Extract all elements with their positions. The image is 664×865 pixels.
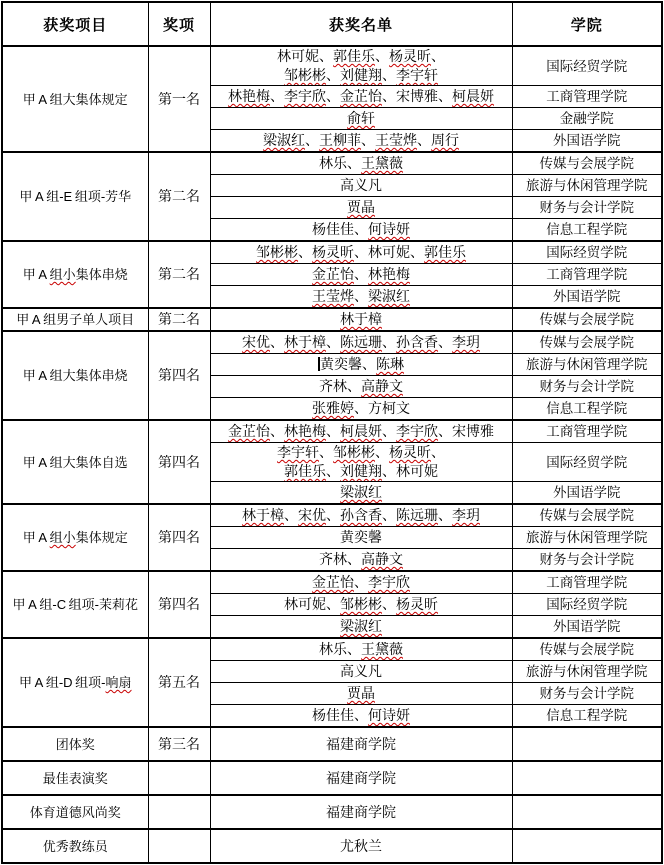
names-cell[interactable]: 林可妮、郭佳乐、杨灵昕、邹彬彬、刘健翔、李宇轩 xyxy=(210,46,512,86)
text-segment: 福建商学院 xyxy=(326,804,396,820)
text-segment: 甲 A 组-E 组项-芳华 xyxy=(19,189,131,204)
misspelled-text: 何诗妍 xyxy=(368,221,410,237)
names-cell[interactable]: 高义凡 xyxy=(210,661,512,683)
names-cell[interactable]: 林乐、王黛薇 xyxy=(210,638,512,661)
text-segment: 、 xyxy=(326,334,340,350)
misspelled-text: 刘健翔 xyxy=(340,67,382,83)
award-cell[interactable]: 第二名 xyxy=(148,308,210,331)
text-segment: 、 xyxy=(270,88,284,104)
misspelled-text: 何诗妍 xyxy=(368,707,410,723)
names-cell[interactable]: 林艳梅、李宇欣、金芷怡、宋博雅、柯晨妍 xyxy=(210,86,512,108)
text-segment: 、 xyxy=(326,88,340,104)
college-cell[interactable]: 传媒与会展学院 xyxy=(512,504,662,527)
awards-table-body: 甲 A 组大集体规定第一名林可妮、郭佳乐、杨灵昕、邹彬彬、刘健翔、李宇轩国际经贸… xyxy=(2,46,662,863)
college-cell[interactable] xyxy=(512,727,662,761)
text-segment: 、 xyxy=(438,507,452,523)
text-segment: 、 xyxy=(382,463,396,479)
text-segment: 黄奕馨 xyxy=(320,356,362,372)
misspelled-text: 林于樟 xyxy=(284,334,326,350)
names-cell[interactable]: 尤秋兰 xyxy=(210,829,512,863)
project-cell[interactable]: 甲 A 组-E 组项-芳华 xyxy=(2,152,148,241)
college-cell[interactable]: 外国语学院 xyxy=(512,616,662,639)
names-cell[interactable]: 李宇轩、邹彬彬、杨灵昕、郭佳乐、刘健翔、林可妮 xyxy=(210,443,512,482)
header-award: 奖项 xyxy=(148,2,210,46)
misspelled-text: 李宇欣 xyxy=(368,574,410,590)
misspelled-text: 孙含香 xyxy=(340,507,382,523)
names-cell[interactable]: 梁淑红、王柳菲、王莹烨、周行 xyxy=(210,130,512,153)
misspelled-text: 邹彬彬 xyxy=(284,67,326,83)
text-segment: 、 xyxy=(284,507,298,523)
text-segment: 、 xyxy=(326,507,340,523)
misspelled-text: 林于樟 xyxy=(340,311,382,327)
college-cell[interactable]: 财务与会计学院 xyxy=(512,683,662,705)
names-cell[interactable]: 林乐、王黛薇 xyxy=(210,152,512,175)
misspelled-text: 周行 xyxy=(431,132,459,148)
college-cell[interactable]: 国际经贸学院 xyxy=(512,46,662,86)
misspelled-text: 邹彬彬 xyxy=(256,244,298,260)
project-cell[interactable]: 甲 A 组大集体规定 xyxy=(2,46,148,152)
text-segment: 、 xyxy=(431,48,445,64)
text-segment: 、 xyxy=(382,596,396,612)
misspelled-text: 李玥 xyxy=(452,334,480,350)
project-cell[interactable]: 甲 A 组-D 组项-响扇 xyxy=(2,638,148,727)
text-segment: 、 xyxy=(347,641,361,657)
misspelled-text: 林艳梅 xyxy=(368,266,410,282)
names-cell[interactable]: 福建商学院 xyxy=(210,795,512,829)
text-segment: 高义凡 xyxy=(340,177,382,193)
header-row: 获奖项目 奖项 获奖名单 学院 xyxy=(2,2,662,46)
project-cell[interactable]: 优秀教练员 xyxy=(2,829,148,863)
names-cell[interactable]: 贾晶 xyxy=(210,197,512,219)
text-segment: 甲 A 组-D 组项- xyxy=(19,675,106,690)
text-segment: 、 xyxy=(382,334,396,350)
text-segment: 集体串烧 xyxy=(76,267,128,282)
text-segment: 、 xyxy=(354,707,368,723)
text-segment: 、 xyxy=(270,334,284,350)
misspelled-text: 林艳梅 xyxy=(284,423,326,439)
college-cell[interactable]: 国际经贸学院 xyxy=(512,443,662,482)
project-cell[interactable]: 体育道德风尚奖 xyxy=(2,795,148,829)
misspelled-text: 金芷怡 xyxy=(340,88,382,104)
text-segment: 体育道德风尚奖 xyxy=(30,805,121,820)
text-segment: 、 xyxy=(354,244,368,260)
names-cell[interactable]: 张雅婷、方柯文 xyxy=(210,398,512,421)
misspelled-text: 高静文 xyxy=(361,378,403,394)
misspelled-text: 金芷怡 xyxy=(312,266,354,282)
award-cell[interactable]: 第四名 xyxy=(148,420,210,504)
names-cell[interactable]: 福建商学院 xyxy=(210,727,512,761)
table-row: 甲 A 组小集体规定第四名林于樟、宋优、孙含香、陈远珊、李玥传媒与会展学院 xyxy=(2,504,662,527)
text-segment: 方柯文 xyxy=(368,400,410,416)
college-cell[interactable]: 传媒与会展学院 xyxy=(512,638,662,661)
text-segment: 、 xyxy=(347,551,361,567)
names-cell[interactable]: 黄奕馨、陈琳 xyxy=(210,354,512,376)
misspelled-text: 郭佳乐 xyxy=(333,48,375,64)
text-segment: 、 xyxy=(326,423,340,439)
misspelled-text: 梁淑红 xyxy=(368,288,410,304)
college-cell[interactable]: 工商管理学院 xyxy=(512,264,662,286)
text-segment: 、 xyxy=(382,423,396,439)
table-row: 甲 A 组大集体规定第一名林可妮、郭佳乐、杨灵昕、邹彬彬、刘健翔、李宇轩国际经贸… xyxy=(2,46,662,86)
names-cell[interactable]: 林可妮、邹彬彬、杨灵昕 xyxy=(210,594,512,616)
college-cell[interactable]: 旅游与休闲管理学院 xyxy=(512,354,662,376)
text-segment: 宋博雅 xyxy=(396,88,438,104)
table-row: 甲 A 组大集体串烧第四名宋优、林于樟、陈远珊、孙含香、李玥传媒与会展学院 xyxy=(2,331,662,354)
table-row: 最佳表演奖福建商学院 xyxy=(2,761,662,795)
names-cell[interactable]: 齐林、高静文 xyxy=(210,549,512,572)
text-segment: 、 xyxy=(382,507,396,523)
project-cell[interactable]: 甲 A 组大集体自选 xyxy=(2,420,148,504)
names-cell[interactable]: 俞轩 xyxy=(210,108,512,130)
text-segment: 、 xyxy=(326,596,340,612)
misspelled-text: 王黛薇 xyxy=(361,155,403,171)
text-segment: 、 xyxy=(319,48,333,64)
misspelled-text: 陈远珊 xyxy=(396,507,438,523)
text-segment: 、 xyxy=(410,244,424,260)
text-segment: 、 xyxy=(354,288,368,304)
misspelled-text: 王莹烨 xyxy=(375,132,417,148)
college-cell[interactable] xyxy=(512,795,662,829)
names-cell[interactable]: 林于樟、宋优、孙含香、陈远珊、李玥 xyxy=(210,504,512,527)
header-college: 学院 xyxy=(512,2,662,46)
award-cell[interactable]: 第二名 xyxy=(148,241,210,308)
table-row: 甲 A 组小集体串烧第二名邹彬彬、杨灵昕、林可妮、郭佳乐国际经贸学院 xyxy=(2,241,662,264)
text-segment: 甲 A 组-C 组项-茉莉花 xyxy=(12,597,138,612)
college-cell[interactable] xyxy=(512,761,662,795)
names-cell[interactable]: 梁淑红 xyxy=(210,616,512,639)
project-cell[interactable]: 甲 A 组小集体串烧 xyxy=(2,241,148,308)
college-cell[interactable]: 财务与会计学院 xyxy=(512,549,662,572)
misspelled-text: 郭佳乐 xyxy=(284,463,326,479)
names-cell[interactable]: 杨佳佳、何诗妍 xyxy=(210,219,512,242)
text-segment: 甲 A 组大集体串烧 xyxy=(23,368,128,383)
table-row: 甲 A 组-E 组项-芳华第二名林乐、王黛薇传媒与会展学院 xyxy=(2,152,662,175)
text-segment: 、 xyxy=(438,88,452,104)
misspelled-text: 王莹烨 xyxy=(312,288,354,304)
college-cell[interactable]: 旅游与休闲管理学院 xyxy=(512,661,662,683)
misspelled-text: 组小 xyxy=(50,530,76,545)
project-cell[interactable]: 甲 A 组-C 组项-茉莉花 xyxy=(2,571,148,638)
misspelled-text: 贾晶 xyxy=(347,199,375,215)
text-segment: 、 xyxy=(431,444,445,460)
text-segment: 、 xyxy=(438,423,452,439)
text-segment: 林乐 xyxy=(319,155,347,171)
table-row: 优秀教练员尤秋兰 xyxy=(2,829,662,863)
table-row: 体育道德风尚奖福建商学院 xyxy=(2,795,662,829)
text-segment: 林可妮 xyxy=(284,596,326,612)
text-segment: 福建商学院 xyxy=(326,770,396,786)
college-cell[interactable]: 传媒与会展学院 xyxy=(512,331,662,354)
project-cell[interactable]: 最佳表演奖 xyxy=(2,761,148,795)
text-segment: 、 xyxy=(347,378,361,394)
text-segment: 、 xyxy=(270,423,284,439)
text-segment: 、 xyxy=(347,155,361,171)
text-segment: 集体规定 xyxy=(76,530,128,545)
text-segment: 、 xyxy=(326,67,340,83)
text-segment: 最佳表演奖 xyxy=(43,771,108,786)
text-segment: 林可妮 xyxy=(368,244,410,260)
college-cell[interactable]: 财务与会计学院 xyxy=(512,197,662,219)
text-segment: 尤秋兰 xyxy=(340,838,382,854)
text-segment: 、 xyxy=(438,334,452,350)
text-segment: 甲 A 组大集体自选 xyxy=(23,455,128,470)
misspelled-text: 李宇轩 xyxy=(277,444,319,460)
misspelled-text: 高静文 xyxy=(361,551,403,567)
misspelled-text: 郭佳乐 xyxy=(424,244,466,260)
text-segment: 林乐 xyxy=(319,641,347,657)
text-segment: 黄奕馨 xyxy=(340,529,382,545)
award-cell[interactable] xyxy=(148,829,210,863)
misspelled-text: 柯晨妍 xyxy=(452,88,494,104)
misspelled-text: 张雅婷 xyxy=(312,400,354,416)
misspelled-text: 杨灵昕 xyxy=(389,48,431,64)
text-segment: 高义凡 xyxy=(340,663,382,679)
misspelled-text: 杨灵昕 xyxy=(396,596,438,612)
text-segment: 甲 A 组大集体规定 xyxy=(23,92,128,107)
college-cell[interactable]: 金融学院 xyxy=(512,108,662,130)
award-cell[interactable] xyxy=(148,761,210,795)
text-segment: 、 xyxy=(375,48,389,64)
awards-table: 获奖项目 奖项 获奖名单 学院 甲 A 组大集体规定第一名林可妮、郭佳乐、杨灵昕… xyxy=(1,1,663,864)
college-cell[interactable]: 旅游与休闲管理学院 xyxy=(512,527,662,549)
names-cell[interactable]: 齐林、高静文 xyxy=(210,376,512,398)
misspelled-text: 孙含香 xyxy=(396,334,438,350)
college-cell[interactable] xyxy=(512,829,662,863)
text-segment: 、 xyxy=(382,67,396,83)
text-segment: 甲 A xyxy=(23,267,50,282)
header-project: 获奖项目 xyxy=(2,2,148,46)
college-cell[interactable]: 旅游与休闲管理学院 xyxy=(512,175,662,197)
misspelled-text: 金芷怡 xyxy=(312,574,354,590)
names-cell[interactable]: 王莹烨、梁淑红 xyxy=(210,286,512,309)
names-cell[interactable]: 杨佳佳、何诗妍 xyxy=(210,705,512,728)
misspelled-text: 俞轩 xyxy=(347,110,375,126)
text-segment: 福建商学院 xyxy=(326,736,396,752)
misspelled-text: 杨灵昕 xyxy=(312,244,354,260)
text-segment: 、 xyxy=(354,266,368,282)
text-segment: 宋博雅 xyxy=(452,423,494,439)
names-cell[interactable]: 高义凡 xyxy=(210,175,512,197)
misspelled-text: 宋优 xyxy=(298,507,326,523)
text-segment: 、 xyxy=(319,444,333,460)
misspelled-text: 梁淑红 xyxy=(263,132,305,148)
project-cell[interactable]: 甲 A 组男子单人项目 xyxy=(2,308,148,331)
college-cell[interactable]: 财务与会计学院 xyxy=(512,376,662,398)
misspelled-text: 林艳梅 xyxy=(228,88,270,104)
misspelled-text: 邹彬彬 xyxy=(340,596,382,612)
names-cell[interactable]: 梁淑红 xyxy=(210,482,512,505)
misspelled-text: 柯晨妍 xyxy=(340,423,382,439)
names-cell[interactable]: 贾晶 xyxy=(210,683,512,705)
names-cell[interactable]: 金芷怡、林艳梅 xyxy=(210,264,512,286)
misspelled-text: 金芷怡 xyxy=(228,423,270,439)
misspelled-text: 林于樟 xyxy=(242,507,284,523)
award-cell[interactable]: 第三名 xyxy=(148,727,210,761)
names-cell[interactable]: 金芷怡、林艳梅、柯晨妍、李宇欣、宋博雅 xyxy=(210,420,512,443)
text-segment: 、 xyxy=(298,244,312,260)
misspelled-text: 宋优 xyxy=(242,334,270,350)
misspelled-text: 王黛薇 xyxy=(361,641,403,657)
misspelled-text: 刘健翔 xyxy=(340,463,382,479)
text-segment: 林可妮 xyxy=(277,48,319,64)
text-segment: 、 xyxy=(354,221,368,237)
award-cell[interactable]: 第四名 xyxy=(148,504,210,571)
text-segment: 甲 A xyxy=(23,530,50,545)
college-cell[interactable]: 工商管理学院 xyxy=(512,86,662,108)
college-cell[interactable]: 外国语学院 xyxy=(512,130,662,153)
names-cell[interactable]: 福建商学院 xyxy=(210,761,512,795)
project-cell[interactable]: 甲 A 组大集体串烧 xyxy=(2,331,148,420)
award-cell[interactable] xyxy=(148,795,210,829)
text-segment: 齐林 xyxy=(319,378,347,394)
text-segment: 甲 A 组男子单人项目 xyxy=(16,312,134,327)
college-cell[interactable]: 国际经贸学院 xyxy=(512,594,662,616)
text-segment: 、 xyxy=(326,463,340,479)
college-cell[interactable]: 国际经贸学院 xyxy=(512,241,662,264)
text-segment: 林可妮 xyxy=(396,463,438,479)
award-cell[interactable]: 第五名 xyxy=(148,638,210,727)
misspelled-text: 陈远珊 xyxy=(340,334,382,350)
names-cell[interactable]: 林于樟 xyxy=(210,308,512,331)
project-cell[interactable]: 团体奖 xyxy=(2,727,148,761)
text-segment: 、 xyxy=(382,88,396,104)
text-segment: 、 xyxy=(354,400,368,416)
award-cell[interactable]: 第二名 xyxy=(148,152,210,241)
text-segment: 、 xyxy=(361,132,375,148)
text-segment: 团体奖 xyxy=(56,737,95,752)
project-cell[interactable]: 甲 A 组小集体规定 xyxy=(2,504,148,571)
misspelled-text: 组小 xyxy=(50,267,76,282)
table-row: 团体奖第三名福建商学院 xyxy=(2,727,662,761)
college-cell[interactable]: 信息工程学院 xyxy=(512,398,662,421)
misspelled-text: 王柳菲 xyxy=(319,132,361,148)
table-row: 甲 A 组男子单人项目第二名林于樟传媒与会展学院 xyxy=(2,308,662,331)
names-cell[interactable]: 黄奕馨 xyxy=(210,527,512,549)
misspelled-text: 李宇欣 xyxy=(396,423,438,439)
text-segment: 杨佳佳 xyxy=(312,221,354,237)
college-cell[interactable]: 外国语学院 xyxy=(512,482,662,505)
text-segment: 、 xyxy=(417,132,431,148)
names-cell[interactable]: 邹彬彬、杨灵昕、林可妮、郭佳乐 xyxy=(210,241,512,264)
text-segment: 齐林 xyxy=(319,551,347,567)
college-cell[interactable]: 信息工程学院 xyxy=(512,705,662,728)
award-cell[interactable]: 第四名 xyxy=(148,571,210,638)
misspelled-text: 响扇 xyxy=(106,675,132,690)
text-segment: 、 xyxy=(362,356,376,372)
names-cell[interactable]: 金芷怡、李宇欣 xyxy=(210,571,512,594)
text-segment: 杨佳佳 xyxy=(312,707,354,723)
misspelled-text: 李玥 xyxy=(452,507,480,523)
table-row: 甲 A 组大集体自选第四名金芷怡、林艳梅、柯晨妍、李宇欣、宋博雅工商管理学院 xyxy=(2,420,662,443)
award-cell[interactable]: 第一名 xyxy=(148,46,210,152)
misspelled-text: 杨灵昕 xyxy=(389,444,431,460)
award-cell[interactable]: 第四名 xyxy=(148,331,210,420)
misspelled-text: 梁淑红 xyxy=(340,484,382,500)
college-cell[interactable]: 外国语学院 xyxy=(512,286,662,309)
misspelled-text: 李宇欣 xyxy=(284,88,326,104)
text-segment: 优秀教练员 xyxy=(43,839,108,854)
text-segment: 、 xyxy=(354,574,368,590)
table-row: 甲 A 组-D 组项-响扇第五名林乐、王黛薇传媒与会展学院 xyxy=(2,638,662,661)
college-cell[interactable]: 工商管理学院 xyxy=(512,571,662,594)
misspelled-text: 陈琳 xyxy=(376,356,404,372)
college-cell[interactable]: 工商管理学院 xyxy=(512,420,662,443)
misspelled-text: 李宇轩 xyxy=(396,67,438,83)
names-cell[interactable]: 宋优、林于樟、陈远珊、孙含香、李玥 xyxy=(210,331,512,354)
header-names: 获奖名单 xyxy=(210,2,512,46)
text-segment: 、 xyxy=(305,132,319,148)
college-cell[interactable]: 传媒与会展学院 xyxy=(512,152,662,175)
misspelled-text: 邹彬彬 xyxy=(333,444,375,460)
table-row: 甲 A 组-C 组项-茉莉花第四名金芷怡、李宇欣工商管理学院 xyxy=(2,571,662,594)
misspelled-text: 梁淑红 xyxy=(340,618,382,634)
misspelled-text: 贾晶 xyxy=(347,685,375,701)
college-cell[interactable]: 传媒与会展学院 xyxy=(512,308,662,331)
college-cell[interactable]: 信息工程学院 xyxy=(512,219,662,242)
text-segment: 、 xyxy=(375,444,389,460)
